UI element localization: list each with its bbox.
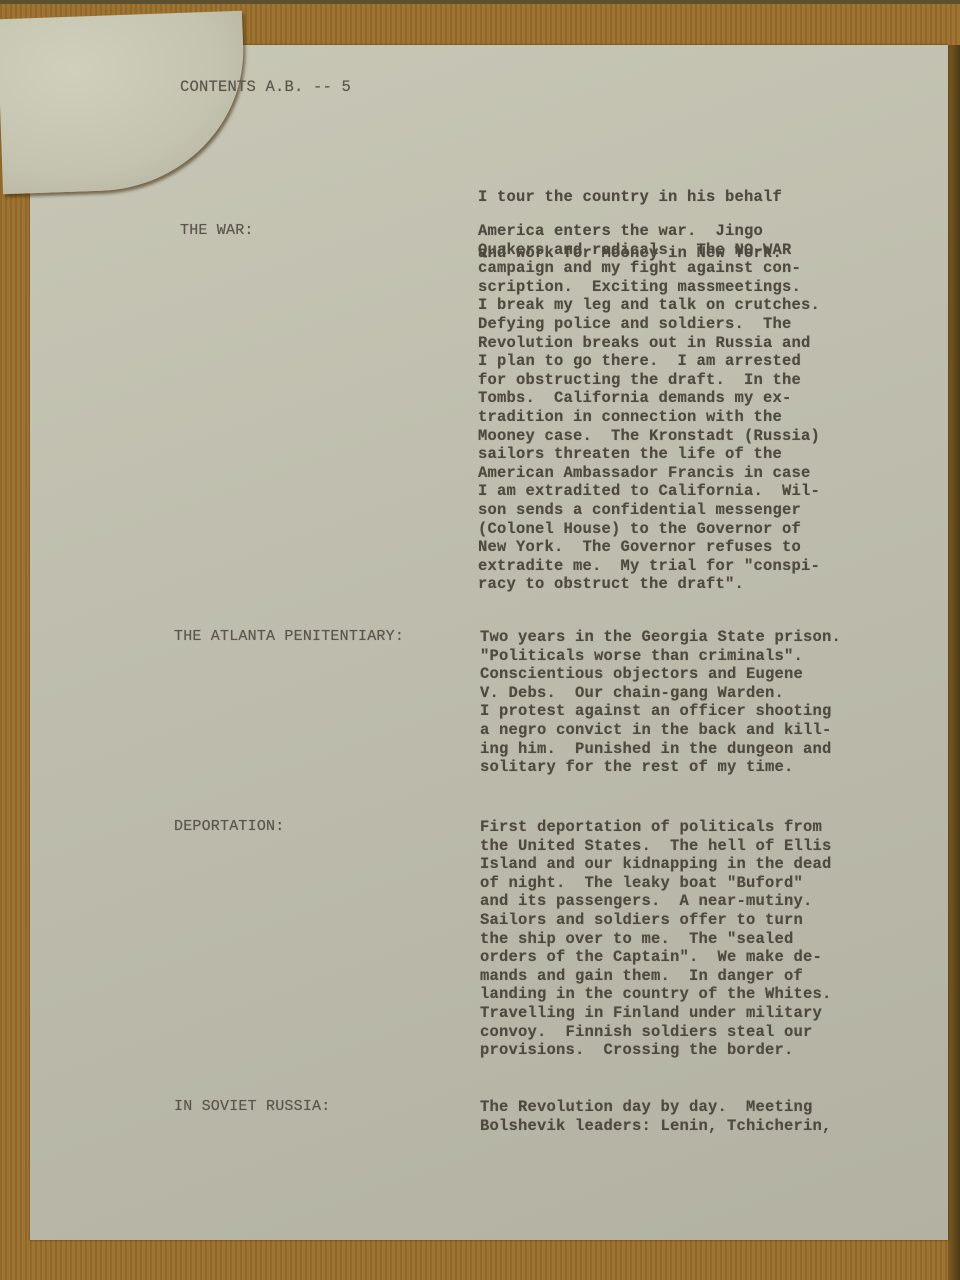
text-line: campaign and my fight against con- [478,259,820,278]
section-body-atlanta-penitentiary: Two years in the Georgia State prison."P… [480,628,841,777]
text-line: ing him. Punished in the dungeon and [480,740,841,759]
text-line: sailors threaten the life of the [478,445,820,464]
text-line: Bolshevik leaders: Lenin, Tchicherin, [480,1117,832,1136]
section-body-deportation: First deportation of politicals fromthe … [480,818,832,1060]
text-line: American Ambassador Francis in case [478,464,820,483]
text-line: New York. The Governor refuses to [478,538,820,557]
text-line: the ship over to me. The "sealed [480,930,832,949]
section-heading-the-war: THE WAR: [180,222,254,241]
section-body-the-war: America enters the war. JingoQuakers and… [478,222,820,594]
text-line: tradition in connection with the [478,408,820,427]
text-line: landing in the country of the Whites. [480,985,832,1004]
text-line: and its passengers. A near-mutiny. [480,892,832,911]
text-line: Travelling in Finland under military [480,1004,832,1023]
desk-shadow [948,45,960,1280]
text-line: provisions. Crossing the border. [480,1041,832,1060]
text-line: solitary for the rest of my time. [480,758,841,777]
text-line: racy to obstruct the draft". [478,575,820,594]
text-line: "Politicals worse than criminals". [480,647,841,666]
text-line: scription. Exciting massmeetings. [478,278,820,297]
text-line: Defying police and soldiers. The [478,315,820,334]
text-line: V. Debs. Our chain-gang Warden. [480,684,841,703]
section-heading-in-soviet-russia: IN SOVIET RUSSIA: [174,1098,330,1117]
text-line: America enters the war. Jingo [478,222,820,241]
text-line: Sailors and soldiers offer to turn [480,911,832,930]
text-line: orders of the Captain". We make de- [480,948,832,967]
text-line: Revolution breaks out in Russia and [478,334,820,353]
section-heading-atlanta-penitentiary: THE ATLANTA PENITENTIARY: [174,628,404,647]
text-line: the United States. The hell of Ellis [480,837,832,856]
section-heading-deportation: DEPORTATION: [174,818,284,837]
text-line: convoy. Finnish soldiers steal our [480,1023,832,1042]
desk-background-edge [0,0,960,4]
section-body-in-soviet-russia: The Revolution day by day. MeetingBolshe… [480,1098,832,1135]
text-line: extradite me. My trial for "conspi- [478,557,820,576]
text-line: The Revolution day by day. Meeting [480,1098,832,1117]
text-line: of night. The leaky boat "Buford" [480,874,832,893]
text-line: I plan to go there. I am arrested [478,352,820,371]
text-line: I protest against an officer shooting [480,702,841,721]
text-line: Two years in the Georgia State prison. [480,628,841,647]
text-line: Tombs. California demands my ex- [478,389,820,408]
text-line: a negro convict in the back and kill- [480,721,841,740]
text-line: mands and gain them. In danger of [480,967,832,986]
text-line: Conscientious objectors and Eugene [480,665,841,684]
text-line: son sends a confidential messenger [478,501,820,520]
text-line: First deportation of politicals from [480,818,832,837]
text-line: Mooney case. The Kronstadt (Russia) [478,427,820,446]
page-header: CONTENTS A.B. -- 5 [180,78,351,97]
text-line: Quakers and radicals. The NO-WAR [478,241,820,260]
text-line: Island and our kidnapping in the dead [480,855,832,874]
text-line: I break my leg and talk on crutches. [478,296,820,315]
text-line: for obstructing the draft. In the [478,371,820,390]
text-line: I tour the country in his behalf [478,188,782,207]
folded-page-corner [0,11,248,194]
text-line: (Colonel House) to the Governor of [478,520,820,539]
text-line: I am extradited to California. Wil- [478,482,820,501]
